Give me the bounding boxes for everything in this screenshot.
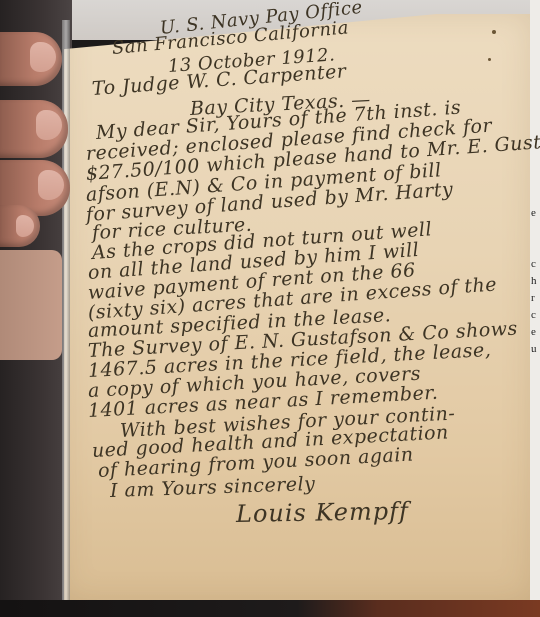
paper-spot	[488, 58, 491, 61]
paper-spot	[492, 30, 496, 34]
handwritten-letter: U. S. Navy Pay Office San Francisco Cali…	[0, 0, 540, 617]
photo-scene: e c h r c e u U. S. Navy Pay Office San …	[0, 0, 540, 617]
signature: Louis Kempff	[236, 497, 409, 528]
